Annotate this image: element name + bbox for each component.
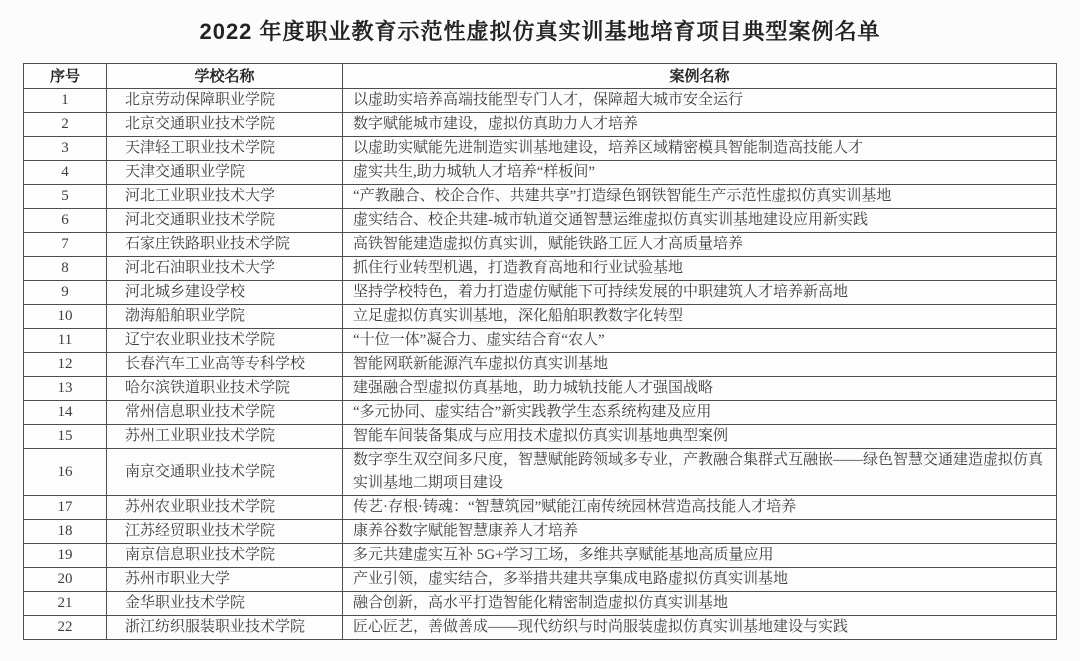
row-number-cell: 3 bbox=[24, 137, 107, 161]
row-number-cell: 7 bbox=[24, 233, 107, 257]
case-name-cell: 多元共建虚实互补 5G+学习工场，多维共享赋能基地高质量应用 bbox=[343, 544, 1057, 568]
school-name-cell: 苏州市职业大学 bbox=[107, 568, 343, 592]
table-header: 序号 学校名称 案例名称 bbox=[24, 64, 1057, 89]
row-number-cell: 21 bbox=[24, 592, 107, 616]
school-name-cell: 辽宁农业职业技术学院 bbox=[107, 329, 343, 353]
document-page: 2022 年度职业教育示范性虚拟仿真实训基地培育项目典型案例名单 序号 学校名称… bbox=[0, 0, 1080, 661]
row-number-cell: 8 bbox=[24, 257, 107, 281]
case-name-cell: 数字孪生双空间多尺度，智慧赋能跨领域多专业，产教融合集群式互融嵌——绿色智慧交通… bbox=[343, 449, 1057, 496]
school-name-cell: 长春汽车工业高等专科学校 bbox=[107, 353, 343, 377]
school-name-cell: 浙江纺织服装职业技术学院 bbox=[107, 616, 343, 640]
case-name-cell: 坚持学校特色，着力打造虚仿赋能下可持续发展的中职建筑人才培养新高地 bbox=[343, 281, 1057, 305]
school-name-cell: 南京交通职业技术学院 bbox=[107, 449, 343, 496]
row-number-cell: 19 bbox=[24, 544, 107, 568]
row-number-cell: 11 bbox=[24, 329, 107, 353]
row-number-cell: 1 bbox=[24, 89, 107, 113]
case-name-cell: “多元协同、虚实结合”新实践教学生态系统构建及应用 bbox=[343, 401, 1057, 425]
school-name-cell: 渤海船舶职业学院 bbox=[107, 305, 343, 329]
school-name-cell: 苏州工业职业技术学院 bbox=[107, 425, 343, 449]
table-row: 17 苏州农业职业技术学院 传艺·存根·铸魂：“智慧筑园”赋能江南传统园林营造高… bbox=[24, 496, 1057, 520]
school-name-cell: 河北城乡建设学校 bbox=[107, 281, 343, 305]
case-name-cell: 高铁智能建造虚拟仿真实训，赋能铁路工匠人才高质量培养 bbox=[343, 233, 1057, 257]
school-name-cell: 常州信息职业技术学院 bbox=[107, 401, 343, 425]
table-row: 15 苏州工业职业技术学院 智能车间装备集成与应用技术虚拟仿真实训基地典型案例 bbox=[24, 425, 1057, 449]
table-row: 5 河北工业职业技术大学 “产教融合、校企合作、共建共享”打造绿色钢铁智能生产示… bbox=[24, 185, 1057, 209]
header-number: 序号 bbox=[24, 64, 107, 89]
school-name-cell: 江苏经贸职业技术学院 bbox=[107, 520, 343, 544]
table-row: 9 河北城乡建设学校 坚持学校特色，着力打造虚仿赋能下可持续发展的中职建筑人才培… bbox=[24, 281, 1057, 305]
table-row: 13 哈尔滨铁道职业技术学院 建强融合型虚拟仿真基地，助力城轨技能人才强国战略 bbox=[24, 377, 1057, 401]
row-number-cell: 10 bbox=[24, 305, 107, 329]
table-row: 6 河北交通职业技术学院 虚实结合、校企共建-城市轨道交通智慧运维虚拟仿真实训基… bbox=[24, 209, 1057, 233]
table-row: 22 浙江纺织服装职业技术学院 匠心匠艺，善做善成——现代纺织与时尚服装虚拟仿真… bbox=[24, 616, 1057, 640]
table-row: 2 北京交通职业技术学院 数字赋能城市建设，虚拟仿真助力人才培养 bbox=[24, 113, 1057, 137]
row-number-cell: 16 bbox=[24, 449, 107, 496]
row-number-cell: 18 bbox=[24, 520, 107, 544]
case-name-cell: 融合创新，高水平打造智能化精密制造虚拟仿真实训基地 bbox=[343, 592, 1057, 616]
case-name-cell: 以虚助实培养高端技能型专门人才，保障超大城市安全运行 bbox=[343, 89, 1057, 113]
school-name-cell: 天津交通职业学院 bbox=[107, 161, 343, 185]
case-name-cell: 建强融合型虚拟仿真基地，助力城轨技能人才强国战略 bbox=[343, 377, 1057, 401]
row-number-cell: 4 bbox=[24, 161, 107, 185]
case-name-cell: 匠心匠艺，善做善成——现代纺织与时尚服装虚拟仿真实训基地建设与实践 bbox=[343, 616, 1057, 640]
table-row: 4 天津交通职业学院 虚实共生,助力城轨人才培养“样板间” bbox=[24, 161, 1057, 185]
row-number-cell: 12 bbox=[24, 353, 107, 377]
page-title: 2022 年度职业教育示范性虚拟仿真实训基地培育项目典型案例名单 bbox=[0, 0, 1080, 46]
row-number-cell: 13 bbox=[24, 377, 107, 401]
table-body: 1 北京劳动保障职业学院 以虚助实培养高端技能型专门人才，保障超大城市安全运行 … bbox=[24, 89, 1057, 640]
school-name-cell: 南京信息职业技术学院 bbox=[107, 544, 343, 568]
case-name-cell: 抓住行业转型机遇，打造教育高地和行业试验基地 bbox=[343, 257, 1057, 281]
row-number-cell: 5 bbox=[24, 185, 107, 209]
school-name-cell: 哈尔滨铁道职业技术学院 bbox=[107, 377, 343, 401]
row-number-cell: 9 bbox=[24, 281, 107, 305]
case-list-table: 序号 学校名称 案例名称 1 北京劳动保障职业学院 以虚助实培养高端技能型专门人… bbox=[23, 63, 1057, 640]
case-name-cell: 康养谷数字赋能智慧康养人才培养 bbox=[343, 520, 1057, 544]
case-name-cell: 数字赋能城市建设，虚拟仿真助力人才培养 bbox=[343, 113, 1057, 137]
school-name-cell: 河北工业职业技术大学 bbox=[107, 185, 343, 209]
school-name-cell: 河北石油职业技术大学 bbox=[107, 257, 343, 281]
row-number-cell: 17 bbox=[24, 496, 107, 520]
header-row: 序号 学校名称 案例名称 bbox=[24, 64, 1057, 89]
row-number-cell: 2 bbox=[24, 113, 107, 137]
school-name-cell: 金华职业技术学院 bbox=[107, 592, 343, 616]
row-number-cell: 22 bbox=[24, 616, 107, 640]
case-name-cell: “产教融合、校企合作、共建共享”打造绿色钢铁智能生产示范性虚拟仿真实训基地 bbox=[343, 185, 1057, 209]
case-name-cell: “十位一体”凝合力、虚实结合育“农人” bbox=[343, 329, 1057, 353]
header-case-name: 案例名称 bbox=[343, 64, 1057, 89]
table-row: 20 苏州市职业大学 产业引领，虚实结合，多举措共建共享集成电路虚拟仿真实训基地 bbox=[24, 568, 1057, 592]
table-row: 7 石家庄铁路职业技术学院 高铁智能建造虚拟仿真实训，赋能铁路工匠人才高质量培养 bbox=[24, 233, 1057, 257]
row-number-cell: 6 bbox=[24, 209, 107, 233]
school-name-cell: 河北交通职业技术学院 bbox=[107, 209, 343, 233]
table-row: 1 北京劳动保障职业学院 以虚助实培养高端技能型专门人才，保障超大城市安全运行 bbox=[24, 89, 1057, 113]
case-name-cell: 以虚助实赋能先进制造实训基地建设，培养区域精密模具智能制造高技能人才 bbox=[343, 137, 1057, 161]
table-row: 14 常州信息职业技术学院 “多元协同、虚实结合”新实践教学生态系统构建及应用 bbox=[24, 401, 1057, 425]
case-name-cell: 传艺·存根·铸魂：“智慧筑园”赋能江南传统园林营造高技能人才培养 bbox=[343, 496, 1057, 520]
school-name-cell: 天津轻工职业技术学院 bbox=[107, 137, 343, 161]
row-number-cell: 20 bbox=[24, 568, 107, 592]
header-school-name: 学校名称 bbox=[107, 64, 343, 89]
table-row: 10 渤海船舶职业学院 立足虚拟仿真实训基地，深化船舶职教数字化转型 bbox=[24, 305, 1057, 329]
table-row: 11 辽宁农业职业技术学院 “十位一体”凝合力、虚实结合育“农人” bbox=[24, 329, 1057, 353]
school-name-cell: 苏州农业职业技术学院 bbox=[107, 496, 343, 520]
table-row: 8 河北石油职业技术大学 抓住行业转型机遇，打造教育高地和行业试验基地 bbox=[24, 257, 1057, 281]
table-row: 18 江苏经贸职业技术学院 康养谷数字赋能智慧康养人才培养 bbox=[24, 520, 1057, 544]
case-name-cell: 虚实共生,助力城轨人才培养“样板间” bbox=[343, 161, 1057, 185]
case-name-cell: 智能车间装备集成与应用技术虚拟仿真实训基地典型案例 bbox=[343, 425, 1057, 449]
table-row: 12 长春汽车工业高等专科学校 智能网联新能源汽车虚拟仿真实训基地 bbox=[24, 353, 1057, 377]
case-name-cell: 智能网联新能源汽车虚拟仿真实训基地 bbox=[343, 353, 1057, 377]
table-row: 21 金华职业技术学院 融合创新，高水平打造智能化精密制造虚拟仿真实训基地 bbox=[24, 592, 1057, 616]
case-name-cell: 虚实结合、校企共建-城市轨道交通智慧运维虚拟仿真实训基地建设应用新实践 bbox=[343, 209, 1057, 233]
school-name-cell: 北京交通职业技术学院 bbox=[107, 113, 343, 137]
case-name-cell: 产业引领，虚实结合，多举措共建共享集成电路虚拟仿真实训基地 bbox=[343, 568, 1057, 592]
table-row: 16 南京交通职业技术学院 数字孪生双空间多尺度，智慧赋能跨领域多专业，产教融合… bbox=[24, 449, 1057, 496]
school-name-cell: 石家庄铁路职业技术学院 bbox=[107, 233, 343, 257]
case-name-cell: 立足虚拟仿真实训基地，深化船舶职教数字化转型 bbox=[343, 305, 1057, 329]
row-number-cell: 15 bbox=[24, 425, 107, 449]
school-name-cell: 北京劳动保障职业学院 bbox=[107, 89, 343, 113]
table-row: 19 南京信息职业技术学院 多元共建虚实互补 5G+学习工场，多维共享赋能基地高… bbox=[24, 544, 1057, 568]
table-row: 3 天津轻工职业技术学院 以虚助实赋能先进制造实训基地建设，培养区域精密模具智能… bbox=[24, 137, 1057, 161]
row-number-cell: 14 bbox=[24, 401, 107, 425]
